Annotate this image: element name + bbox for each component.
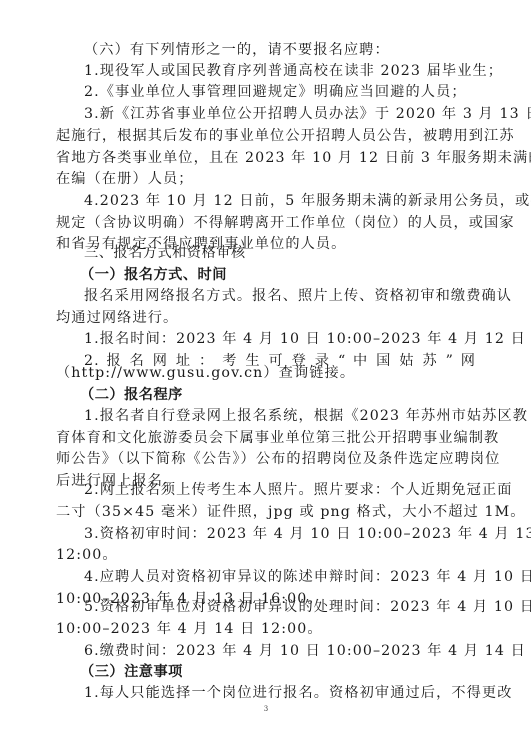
document-page: （六）有下列情形之一的，请不要报名应聘： 1.现役军人或国民教育序列普通高校在读…: [0, 0, 531, 752]
subsection-1-heading: （一）报名方式、时间: [80, 265, 500, 285]
page-number: 3: [260, 705, 272, 713]
list-item: 4.应聘人员对资格初审异议的陈述申辩时间：2023 年 4 月 10 日: [84, 567, 476, 587]
list-item: 1.报名时间：2023 年 4 月 10 日 10:00–2023 年 4 月 …: [84, 329, 476, 349]
list-item-continued: 10:00–2023 年 4 月 14 日 12:00。: [56, 619, 476, 639]
list-item: 1.现役军人或国民教育序列普通高校在读非 2023 届毕业生；: [84, 61, 476, 81]
list-item-continued: 省地方各类事业单位，且在 2023 年 10 月 12 日前 3 年服务期未满的: [56, 148, 476, 168]
paragraph: 报名采用网络报名方式。报名、照片上传、资格初审和缴费确认: [84, 286, 476, 306]
list-item: 5.资格初审单位对资格初审异议的处理时间：2023 年 4 月 10 日: [84, 597, 476, 617]
list-item: 4.2023 年 10 月 12 日前，5 年服务期未满的新录用公务员，或有: [84, 191, 476, 211]
list-item: 3.新《江苏省事业单位公开招聘人员办法》于 2020 年 3 月 13 日: [84, 104, 476, 124]
list-item: 3.资格初审时间：2023 年 4 月 10 日 10:00–2023 年 4 …: [84, 524, 476, 544]
list-item-continued: 育体育和文化旅游委员会下属事业单位第三批公开招聘事业编制教: [56, 428, 476, 448]
list-item-continued: 师公告》（以下简称《公告》）公布的招聘岗位及条件选定应聘岗位: [56, 449, 476, 469]
subsection-2-heading: （二）报名程序: [80, 385, 500, 405]
list-item: 6.缴费时间：2023 年 4 月 10 日 10:00–2023 年 4 月 …: [84, 641, 476, 661]
list-item-continued: 二寸（35×45 毫米）证件照，jpg 或 png 格式，大小不超过 1M。: [56, 502, 476, 522]
list-item-continued: 在编（在册）人员；: [56, 169, 476, 189]
list-item-continued: 12:00。: [56, 545, 476, 565]
list-item-continued: 起施行，根据其后发布的事业单位公开招聘人员公告，被聘用到江苏: [56, 126, 476, 146]
paragraph-continued: 均通过网络进行。: [56, 308, 476, 328]
list-item: 2.网上报名须上传考生本人照片。照片要求：个人近期免冠正面: [84, 480, 476, 500]
list-item: 1.每人只能选择一个岗位进行报名。资格初审通过后，不得更改: [84, 683, 476, 703]
list-item-continued: 规定（含协议明确）不得解聘离开工作单位（岗位）的人员，或国家: [56, 213, 476, 233]
section-six-title: （六）有下列情形之一的，请不要报名应聘：: [84, 40, 476, 60]
list-item: 2.《事业单位人事管理回避规定》明确应当回避的人员；: [84, 82, 476, 102]
subsection-3-heading: （三）注意事项: [80, 662, 500, 682]
list-item-continued: （http://www.gusu.gov.cn）查询链接。: [56, 363, 476, 383]
section-three-heading: 三、报名方式和资格审核: [84, 243, 476, 263]
list-item: 1.报名者自行登录网上报名系统，根据《2023 年苏州市姑苏区教: [84, 406, 476, 426]
